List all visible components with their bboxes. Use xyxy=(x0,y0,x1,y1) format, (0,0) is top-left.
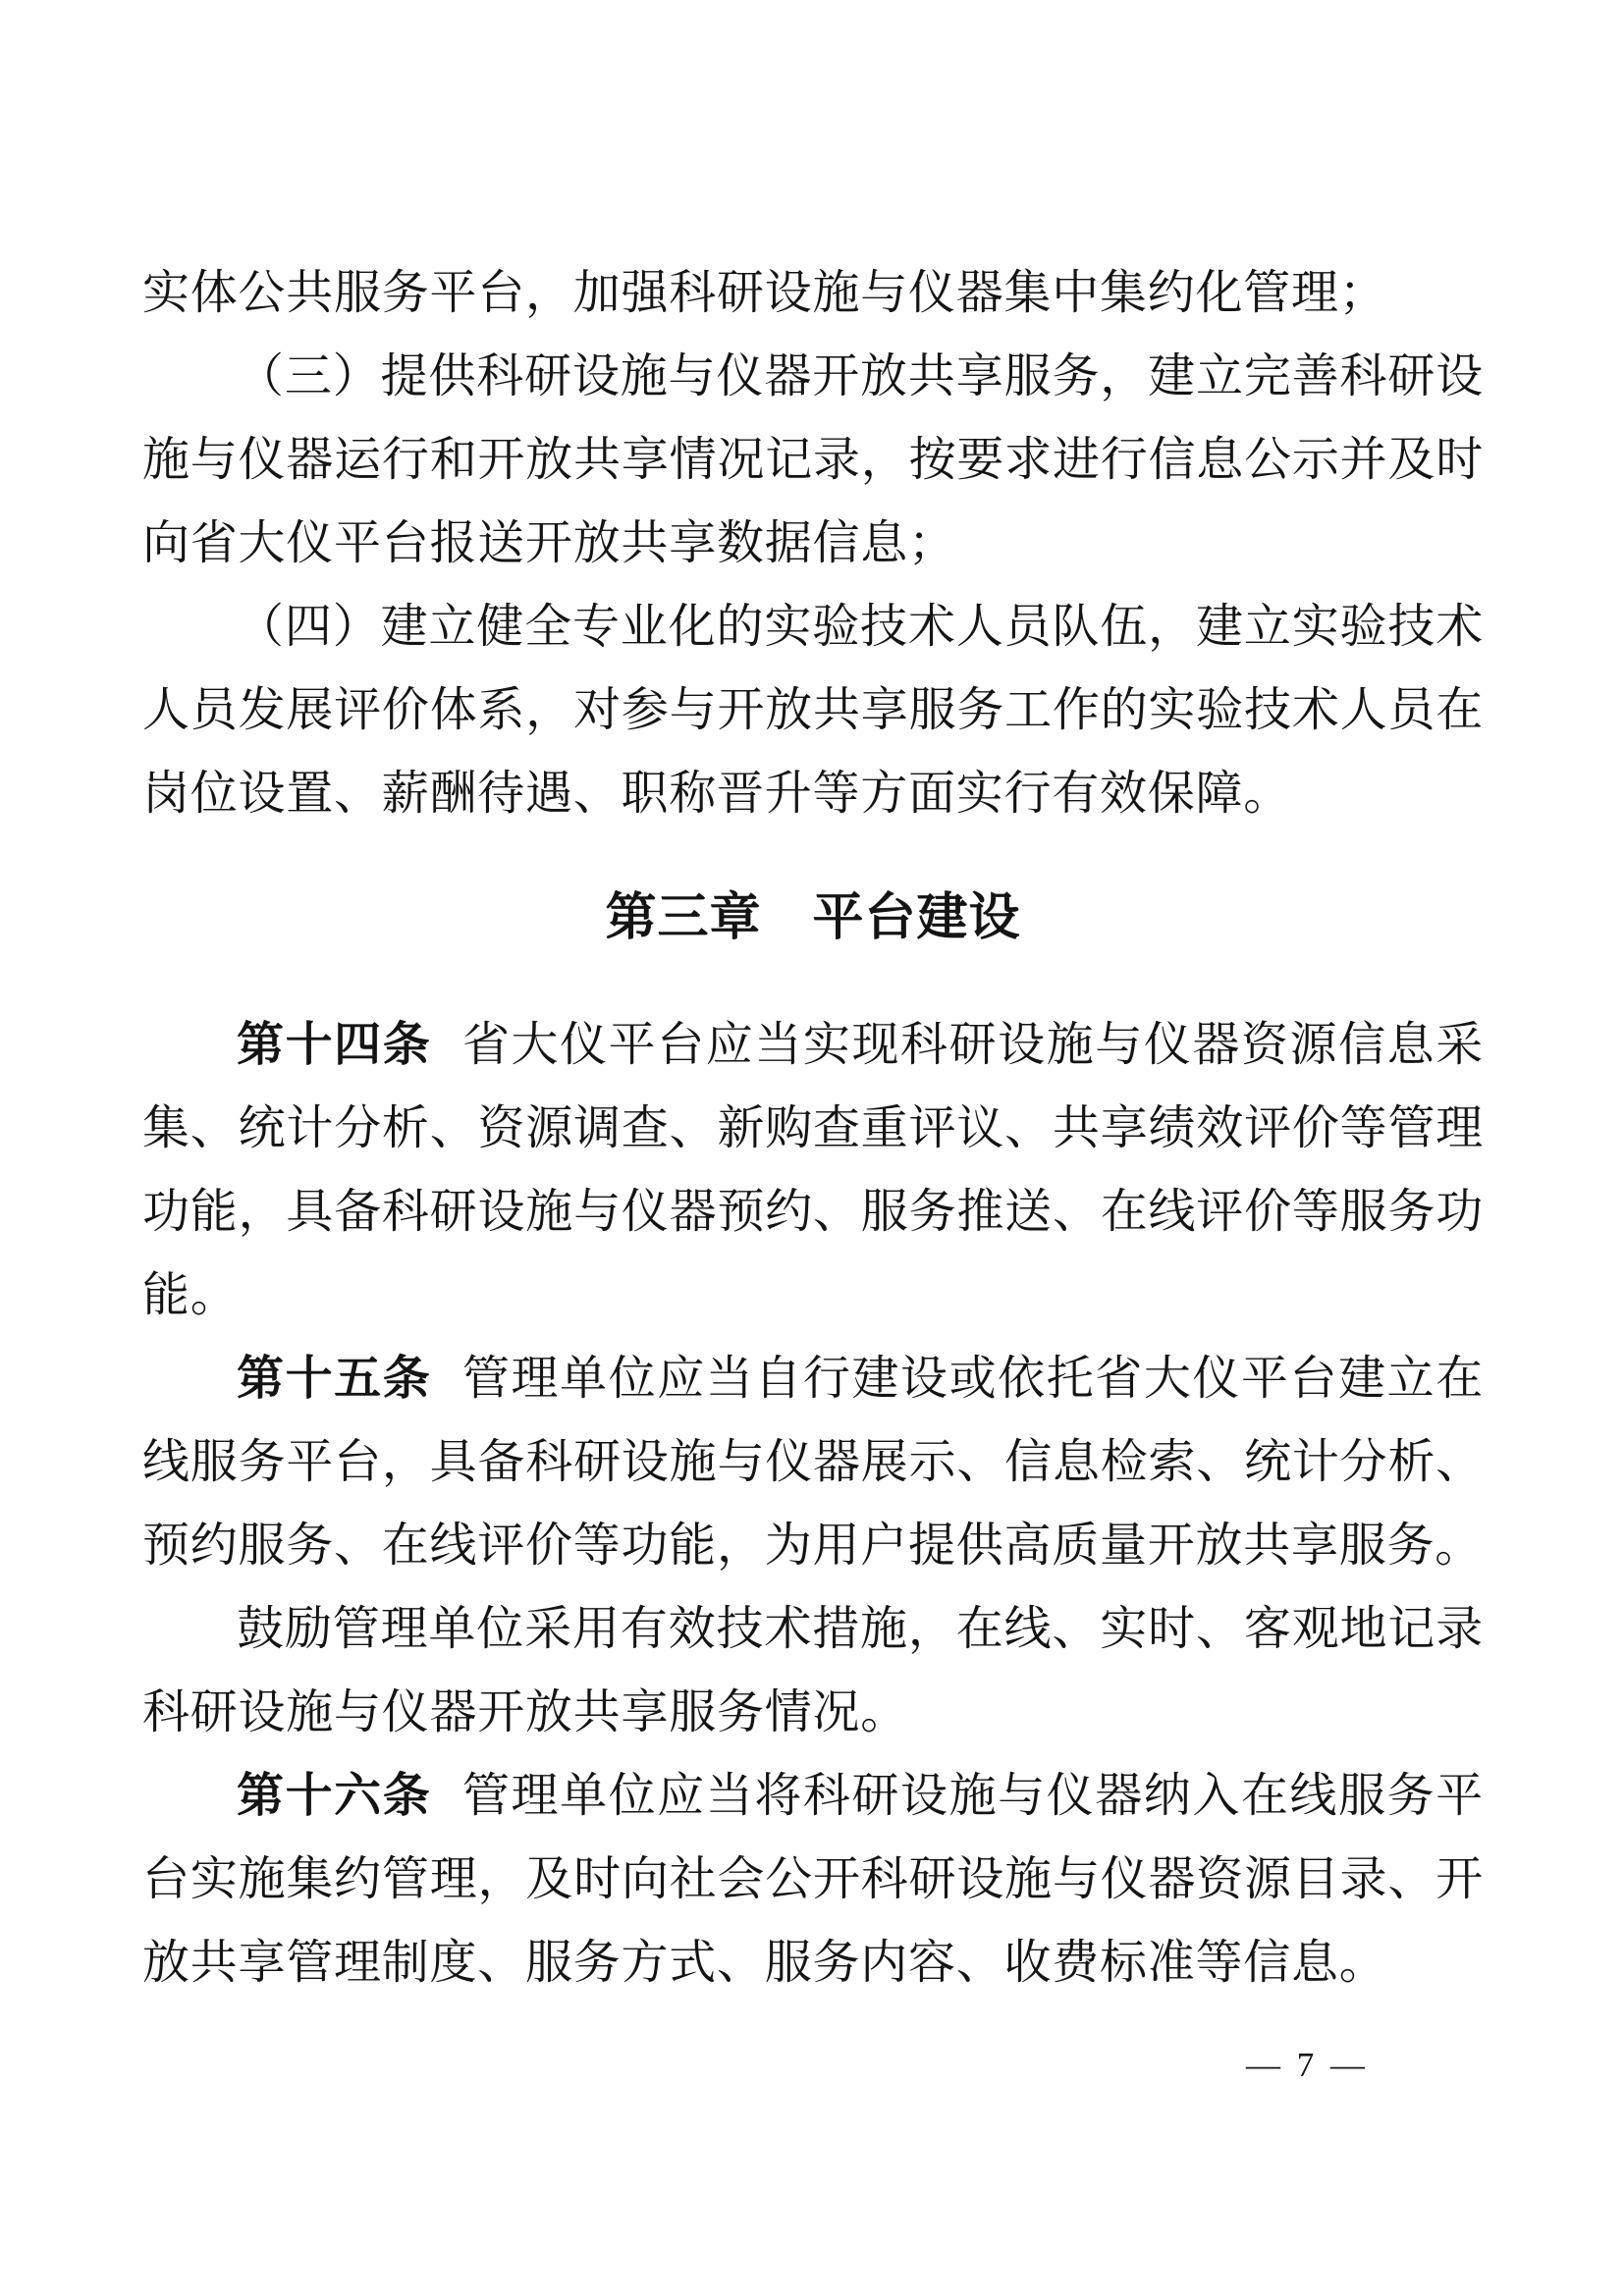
text-block: 实体公共服务平台，加强科研设施与仪器集中集约化管理；（三）提供科研设施与仪器开放… xyxy=(0,0,1624,2004)
body-paragraph: （三）提供科研设施与仪器开放共享服务，建立完善科研设施与仪器运行和开放共享情况记… xyxy=(142,335,1484,585)
paragraph-text: （四）建立健全专业化的实验技术人员队伍，建立实验技术人员发展评价体系，对参与开放… xyxy=(142,601,1484,820)
article-paragraph: 第十四条省大仪平台应当实现科研设施与仪器资源信息采集、统计分析、资源调查、新购查… xyxy=(142,1003,1484,1337)
article-number: 第十五条 xyxy=(237,1353,431,1405)
paragraph-text: 实体公共服务平台，加强科研设施与仪器集中集约化管理； xyxy=(142,267,1387,319)
chapter-heading: 第三章平台建设 xyxy=(142,877,1484,960)
article-number: 第十六条 xyxy=(237,1770,431,1822)
body-paragraph: 鼓励管理单位采用有效技术措施，在线、实时、客观地记录科研设施与仪器开放共享服务情… xyxy=(142,1587,1484,1754)
paragraph-text: 鼓励管理单位采用有效技术措施，在线、实时、客观地记录科研设施与仪器开放共享服务情… xyxy=(142,1603,1484,1738)
paragraph-text: （三）提供科研设施与仪器开放共享服务，建立完善科研设施与仪器运行和开放共享情况记… xyxy=(142,350,1484,569)
article-paragraph: 第十五条管理单位应当自行建设或依托省大仪平台建立在线服务平台，具备科研设施与仪器… xyxy=(142,1337,1484,1587)
document-page: 实体公共服务平台，加强科研设施与仪器集中集约化管理；（三）提供科研设施与仪器开放… xyxy=(0,0,1624,2296)
chapter-title: 平台建设 xyxy=(813,889,1021,946)
article-number: 第十四条 xyxy=(237,1019,431,1071)
article-paragraph: 第十六条管理单位应当将科研设施与仪器纳入在线服务平台实施集约管理，及时向社会公开… xyxy=(142,1754,1484,2004)
body-paragraph: （四）建立健全专业化的实验技术人员队伍，建立实验技术人员发展评价体系，对参与开放… xyxy=(142,585,1484,835)
chapter-number: 第三章 xyxy=(605,889,761,946)
page-number: — 7 — xyxy=(1246,2045,1369,2086)
body-paragraph: 实体公共服务平台，加强科研设施与仪器集中集约化管理； xyxy=(142,251,1484,335)
